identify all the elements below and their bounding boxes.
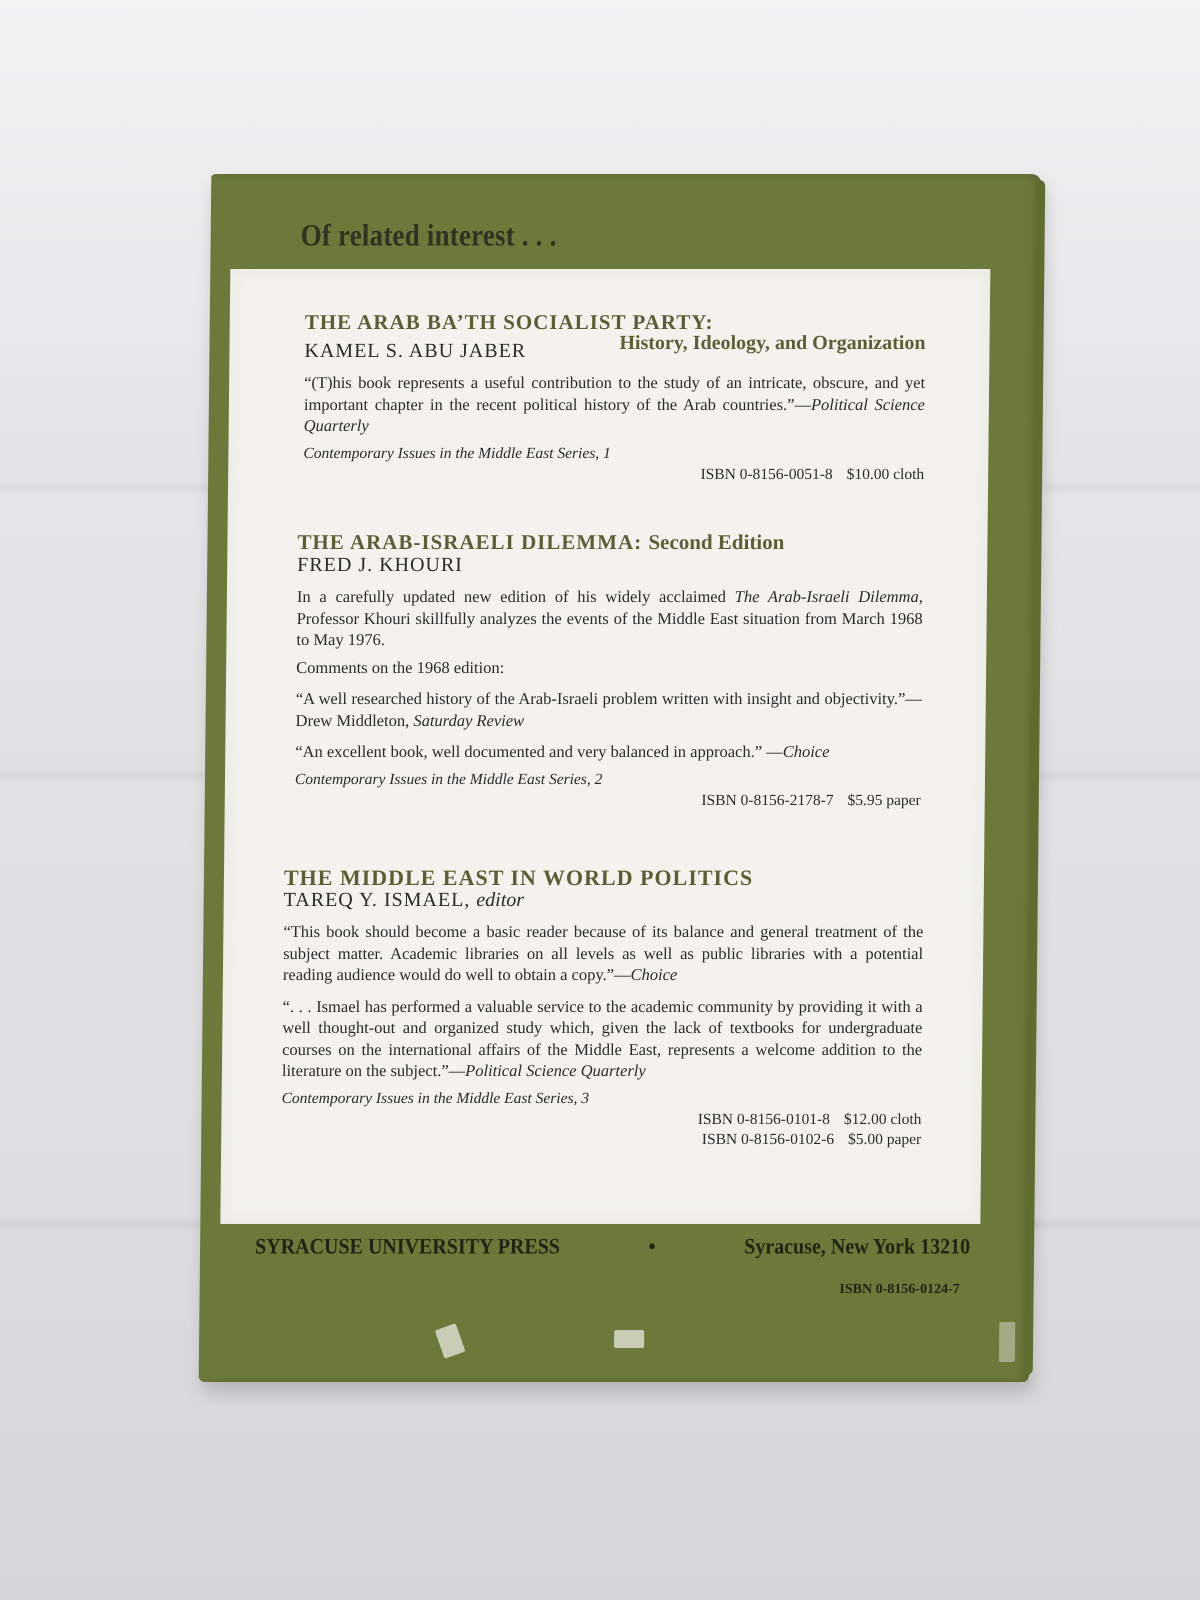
separator-dot: • [648,1235,655,1260]
series-label: Contemporary Issues in the Middle East S… [295,771,921,789]
description: In a carefully updated new edition of hi… [296,586,923,651]
book-entry-1: THE ARAB BA’TH SOCIALIST PARTY: History,… [303,311,926,485]
isbn-line: ISBN 0-8156-0051-8$10.00 cloth [303,465,924,485]
wear-mark [435,1323,466,1359]
review-quote: “(T)his book represents a useful contrib… [304,372,926,437]
review-quote: “A well researched history of the Arab-I… [295,688,921,731]
content-panel: THE ARAB BA’TH SOCIALIST PARTY: History,… [220,269,990,1224]
review-quote: “An excellent book, well documented and … [295,741,921,763]
wear-mark [614,1330,644,1348]
book-entry-3: THE MIDDLE EAST IN WORLD POLITICS TAREQ … [281,866,924,1150]
book-isbn: ISBN 0-8156-0124-7 [839,1282,959,1298]
entry-author: TAREQ Y. ISMAEL, editor [284,889,924,911]
header-text: Of related interest . . . [300,218,556,254]
comments-label: Comments on the 1968 edition: [296,657,922,679]
book-entry-2: THE ARAB-ISRAELI DILEMMA: Second Edition… [295,531,924,811]
publisher-footer: SYRACUSE UNIVERSITY PRESS • Syracuse, Ne… [255,1235,970,1260]
publisher-name: SYRACUSE UNIVERSITY PRESS [255,1235,560,1260]
publisher-location: Syracuse, New York 13210 [744,1235,970,1260]
isbn-line: ISBN 0-8156-2178-7$5.95 paper [295,791,921,811]
isbn-line: ISBN 0-8156-0101-8$12.00 cloth [281,1110,921,1130]
series-label: Contemporary Issues in the Middle East S… [303,445,924,463]
entry-author: FRED J. KHOURI [297,554,923,576]
isbn-line: ISBN 0-8156-0102-6$5.00 paper [281,1130,921,1150]
entry-title: THE MIDDLE EAST IN WORLD POLITICS [284,866,924,889]
wear-mark [999,1322,1015,1362]
entry-title: THE ARAB BA’TH SOCIALIST PARTY: [305,311,926,334]
entry-title: THE ARAB-ISRAELI DILEMMA: Second Edition [297,531,923,554]
book-back-cover: Of related interest . . . THE ARAB BA’TH… [199,174,1042,1382]
review-quote: “. . . Ismael has performed a valuable s… [282,996,923,1082]
review-quote: “This book should become a basic reader … [283,921,924,986]
series-label: Contemporary Issues in the Middle East S… [282,1090,922,1108]
